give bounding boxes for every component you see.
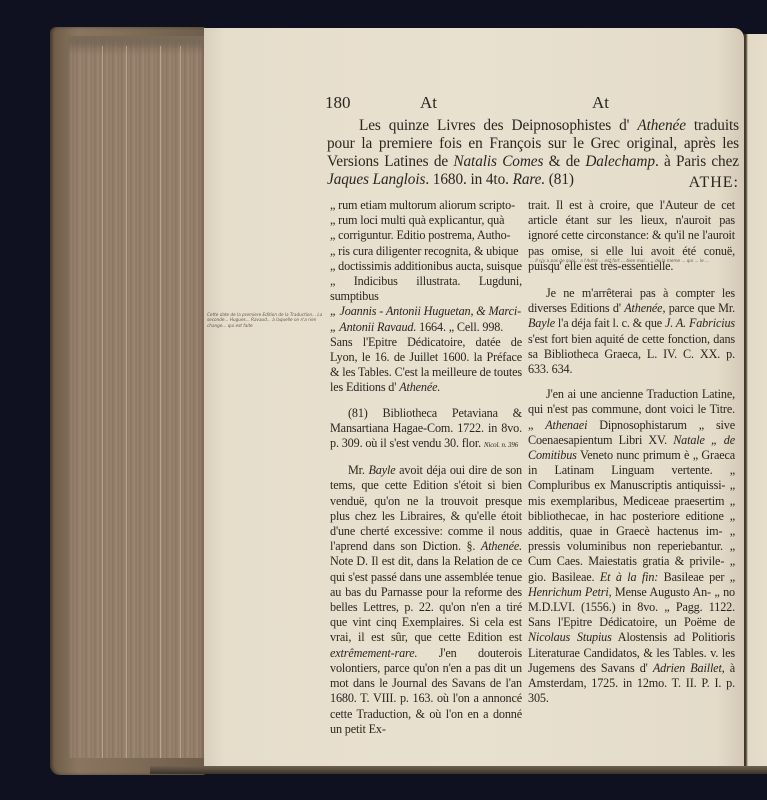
entry-publisher: Jaques Langlois (327, 171, 425, 188)
paragraph: J'en ai une ancienne Traduction Latine, … (528, 387, 735, 706)
paragraph-italic: Bayle (528, 316, 555, 330)
book-scan: 180 At At Les quinze Livres des Deipnoso… (0, 0, 767, 800)
quote-line: 1664. „ Cell. 998. (416, 320, 503, 334)
catchword: ATHE: (689, 174, 739, 192)
right-column: trait. Il est à croire, que l'Auteur de … (528, 198, 735, 707)
paragraph-italic: J. A. Fabricius (665, 316, 735, 330)
paragraph-italic: Athenaei (545, 418, 587, 432)
paragraph-italic: Adrien Baillet (653, 661, 722, 675)
paragraph-text: l'a déja fait l. c. & que (555, 316, 665, 330)
paragraph-text: Basileae per „ (658, 570, 735, 584)
paragraph-text: Veneto nunc primum è „ Graeca in Latinam… (528, 448, 735, 584)
paragraph-italic: Athenée. (399, 380, 440, 394)
quote-line: „ Joannis - Antonii Huguetan, & Marci- (330, 304, 522, 319)
entry-author: Athenée (637, 117, 686, 134)
paragraph-text: , parce que Mr. (662, 301, 735, 315)
page-number: 180 (325, 93, 351, 113)
paragraph-italic: Nicolaus Stupius (528, 630, 612, 644)
paragraph: Sans l'Epitre Dédicatoire, datée de Lyon… (330, 335, 522, 396)
paragraph: Je ne m'arrêterai pas à compter les dive… (528, 286, 735, 377)
footnote-81: (81) Bibliotheca Petaviana & Mansartiana… (330, 406, 522, 454)
quote-line: „ Indicibus illustrata. Lugduni, sumptib… (330, 274, 522, 304)
paragraph-italic: Henrichum Petri (528, 585, 609, 599)
header-left: At (420, 93, 437, 113)
paragraph-text: Note D. Il est dit, dans la Relation de … (330, 554, 522, 644)
quote-line: „ ris cura diligenter recognita, & ubiqu… (330, 244, 522, 259)
handwritten-insert-note: ... Il n'y a pas de quoi... a l'Autre ..… (530, 258, 735, 263)
quote-line: „ corriguntur. Editio postrema, Autho- (330, 228, 522, 243)
handwritten-margin-note: Cette date de la premiere Edition de la … (207, 312, 332, 328)
header-right: At (592, 93, 609, 113)
entry-rarity: Rare. (513, 171, 546, 188)
entry-text: . à Paris chez (655, 153, 739, 170)
bottom-cover (150, 766, 767, 774)
right-page-edge (744, 34, 767, 768)
quote-block: „ rum etiam multorum aliorum scripto- „ … (330, 198, 522, 335)
entry-translator: Natalis Comes (453, 153, 543, 170)
running-head: 180 At At (325, 93, 740, 113)
paragraph-italic: extrêmement-rare. (330, 646, 417, 660)
paragraph: Mr. Bayle avoit déja oui dire de son tem… (330, 463, 522, 737)
quote-line: „ rum etiam multorum aliorum scripto- (330, 198, 522, 213)
paragraph-italic: Athenée (624, 301, 662, 315)
paragraph-text: s'est fort bien aquité de cette fonction… (528, 332, 735, 376)
paragraph-italic: Et à la fin: (600, 570, 658, 584)
page-stack-edge (68, 36, 204, 758)
entry-text: . 1680. in 4to. (425, 171, 512, 188)
quote-line: „ doctissimis additionibus aucta, suisqu… (330, 259, 522, 274)
quote-line: „ Antonii Ravaud. (330, 320, 416, 334)
paragraph-italic: Athenée. (481, 539, 522, 553)
entry-translator: Dalechamp (585, 153, 655, 170)
handwritten-note: Nicol. n. 396 (484, 441, 518, 449)
entry-text: & de (543, 153, 585, 170)
bibliographic-entry: Les quinze Livres des Deipnosophistes d'… (327, 117, 739, 189)
paragraph-italic: Bayle (369, 463, 396, 477)
paragraph-text: Mr. (348, 463, 369, 477)
left-column: „ rum etiam multorum aliorum scripto- „ … (330, 198, 522, 737)
quote-line: „ rum loci multi quà explicantur, quà (330, 213, 522, 228)
entry-text: (81) (545, 171, 574, 188)
entry-text: Les quinze Livres des Deipnosophistes d' (359, 117, 637, 134)
